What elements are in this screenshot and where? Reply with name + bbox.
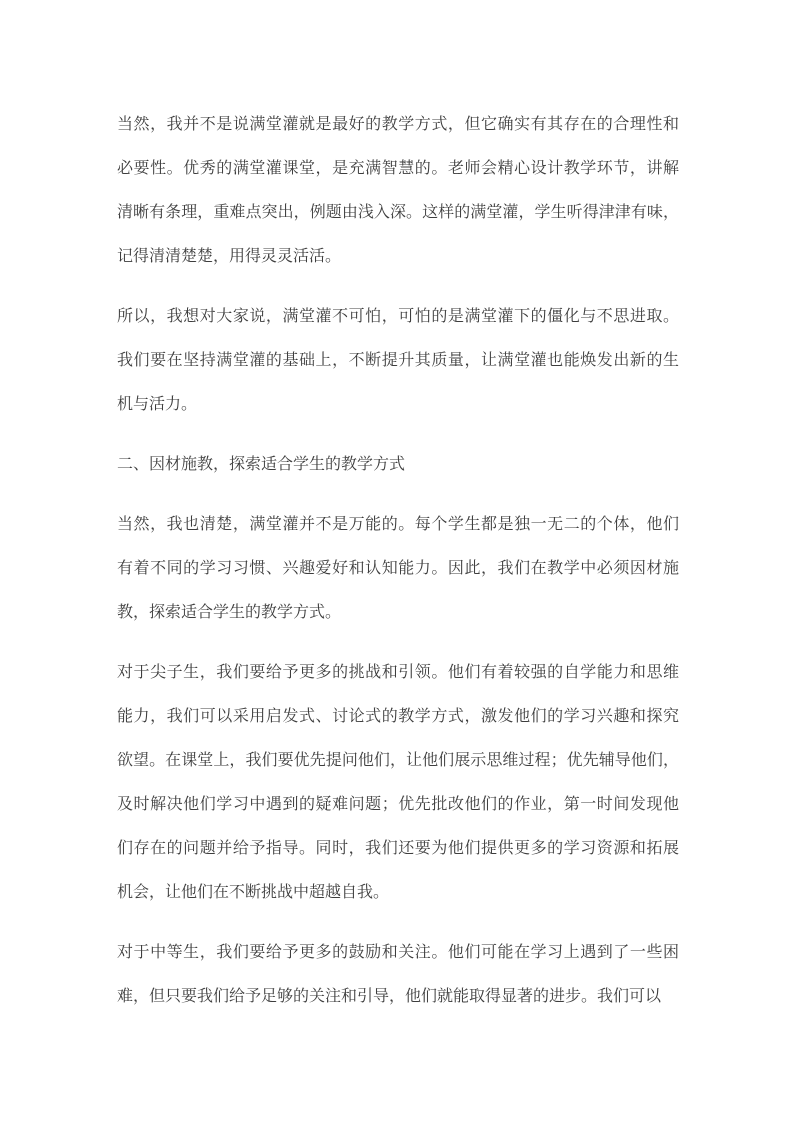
section-heading: 二、因材施教，探索适合学生的教学方式 [117, 443, 679, 487]
text-line: 们存在的问题并给予指导。同时，我们还要为他们提供更多的学习资源和拓展 [117, 827, 679, 871]
text-line: 教，探索适合学生的教学方式。 [117, 591, 679, 635]
text-line: 记得清清楚楚，用得灵灵活活。 [117, 235, 679, 279]
text-line: 对于尖子生，我们要给予更多的挑战和引领。他们有着较强的自学能力和思维 [117, 651, 679, 695]
paragraph: 所以，我想对大家说，满堂灌不可怕，可怕的是满堂灌下的僵化与不思进取。我们要在坚持… [117, 295, 679, 427]
document-content: 当然，我并不是说满堂灌就是最好的教学方式，但它确实有其存在的合理性和必要性。优秀… [117, 103, 679, 1035]
paragraph: 对于中等生，我们要给予更多的鼓励和关注。他们可能在学习上遇到了一些困难，但只要我… [117, 931, 679, 1019]
text-line: 有着不同的学习习惯、兴趣爱好和认知能力。因此，我们在教学中必须因材施 [117, 547, 679, 591]
text-line: 及时解决他们学习中遇到的疑难问题；优先批改他们的作业，第一时间发现他 [117, 783, 679, 827]
text-line: 对于中等生，我们要给予更多的鼓励和关注。他们可能在学习上遇到了一些困 [117, 931, 679, 975]
text-line: 能力，我们可以采用启发式、讨论式的教学方式，激发他们的学习兴趣和探究 [117, 695, 679, 739]
paragraph: 对于尖子生，我们要给予更多的挑战和引领。他们有着较强的自学能力和思维能力，我们可… [117, 651, 679, 915]
text-line: 所以，我想对大家说，满堂灌不可怕，可怕的是满堂灌下的僵化与不思进取。 [117, 295, 679, 339]
text-line: 机会，让他们在不断挑战中超越自我。 [117, 871, 679, 915]
text-line: 难，但只要我们给予足够的关注和引导，他们就能取得显著的进步。我们可以 [117, 975, 679, 1019]
text-line: 当然，我并不是说满堂灌就是最好的教学方式，但它确实有其存在的合理性和 [117, 103, 679, 147]
paragraph: 当然，我并不是说满堂灌就是最好的教学方式，但它确实有其存在的合理性和必要性。优秀… [117, 103, 679, 279]
document-page: 当然，我并不是说满堂灌就是最好的教学方式，但它确实有其存在的合理性和必要性。优秀… [0, 0, 793, 1122]
heading-line: 二、因材施教，探索适合学生的教学方式 [117, 443, 679, 487]
text-line: 当然，我也清楚，满堂灌并不是万能的。每个学生都是独一无二的个体，他们 [117, 503, 679, 547]
text-line: 欲望。在课堂上，我们要优先提问他们，让他们展示思维过程；优先辅导他们， [117, 739, 679, 783]
text-line: 我们要在坚持满堂灌的基础上，不断提升其质量，让满堂灌也能焕发出新的生 [117, 339, 679, 383]
text-line: 必要性。优秀的满堂灌课堂，是充满智慧的。老师会精心设计教学环节，讲解 [117, 147, 679, 191]
text-line: 机与活力。 [117, 383, 679, 427]
text-line: 清晰有条理，重难点突出，例题由浅入深。这样的满堂灌，学生听得津津有味， [117, 191, 679, 235]
paragraph: 当然，我也清楚，满堂灌并不是万能的。每个学生都是独一无二的个体，他们有着不同的学… [117, 503, 679, 635]
